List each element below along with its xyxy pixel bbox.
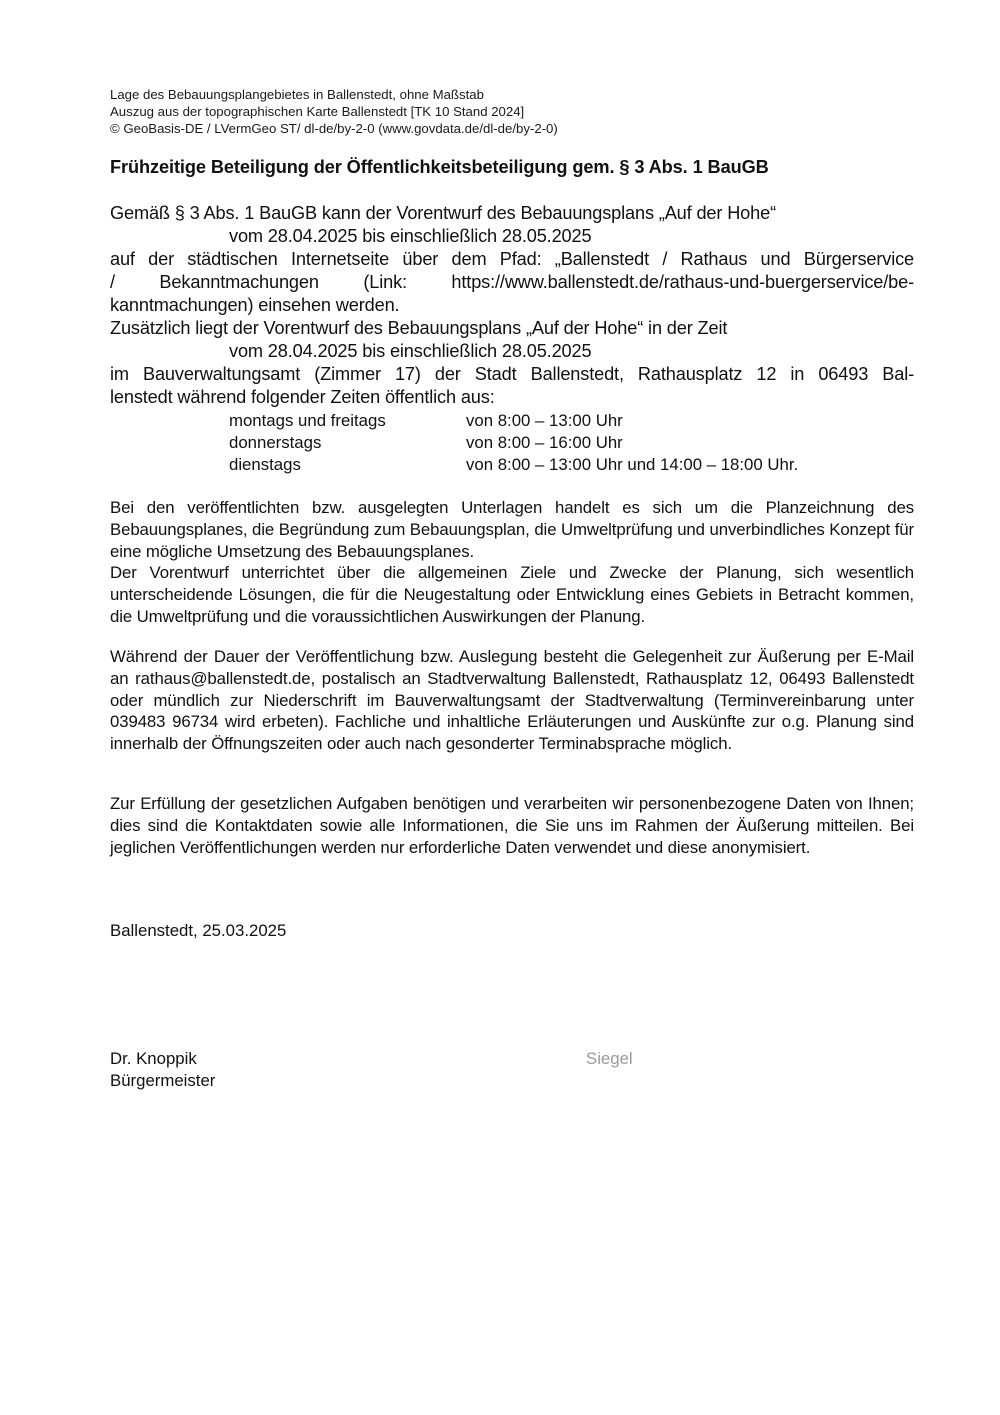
opening-hours: montags und freitags von 8:00 – 13:00 Uh… [229,410,798,475]
opening-hours-row: donnerstags von 8:00 – 16:00 Uhr [229,432,798,454]
onsite-notice-location-end: lenstedt während folgender Zeiten öffent… [110,386,914,409]
map-caption-line: Auszug aus der topographischen Karte Bal… [110,103,558,120]
onsite-notice-period: vom 28.04.2025 bis einschließlich 28.05.… [110,340,914,363]
online-notice-intro: Gemäß § 3 Abs. 1 BauGB kann der Vorentwu… [110,202,914,225]
privacy-paragraph: Zur Erfüllung der gesetzlichen Aufgaben … [110,793,914,858]
document-heading: Frühzeitige Beteiligung der Öffentlichke… [110,157,769,178]
goals-paragraph: Der Vorentwurf unterrichtet über die all… [110,562,914,627]
onsite-notice: Zusätzlich liegt der Vorentwurf des Beba… [110,317,914,409]
opening-hours-row: dienstags von 8:00 – 13:00 Uhr und 14:00… [229,454,798,476]
online-notice-period: vom 28.04.2025 bis einschließlich 28.05.… [110,225,914,248]
opening-hours-row: montags und freitags von 8:00 – 13:00 Uh… [229,410,798,432]
opening-hours-days: donnerstags [229,432,466,454]
opening-hours-times: von 8:00 – 13:00 Uhr und 14:00 – 18:00 U… [466,454,798,476]
opening-hours-times: von 8:00 – 13:00 Uhr [466,410,623,432]
signatory: Dr. Knoppik Bürgermeister [110,1048,215,1092]
map-caption: Lage des Bebauungsplangebietes in Ballen… [110,86,558,137]
seal-placeholder: Siegel [586,1048,633,1070]
place-date: Ballenstedt, 25.03.2025 [110,920,286,942]
comments-paragraph: Während der Dauer der Veröffentlichung b… [110,646,914,755]
opening-hours-days: montags und freitags [229,410,466,432]
documents-paragraph: Bei den veröffentlichten bzw. ausgelegte… [110,497,914,562]
opening-hours-times: von 8:00 – 16:00 Uhr [466,432,623,454]
online-notice-link: / Bekanntmachungen (Link: https://www.ba… [110,271,914,294]
signatory-title: Bürgermeister [110,1070,215,1092]
map-caption-line: Lage des Bebauungsplangebietes in Ballen… [110,86,558,103]
onsite-notice-intro: Zusätzlich liegt der Vorentwurf des Beba… [110,317,914,340]
online-notice-path: auf der städtischen Internetseite über d… [110,248,914,271]
opening-hours-days: dienstags [229,454,466,476]
map-caption-line: © GeoBasis-DE / LVermGeo ST/ dl-de/by-2-… [110,120,558,137]
signatory-name: Dr. Knoppik [110,1048,215,1070]
online-notice-end: kanntmachungen) einsehen werden. [110,294,914,317]
onsite-notice-location: im Bauverwaltungsamt (Zimmer 17) der Sta… [110,363,914,386]
online-notice: Gemäß § 3 Abs. 1 BauGB kann der Vorentwu… [110,202,914,317]
